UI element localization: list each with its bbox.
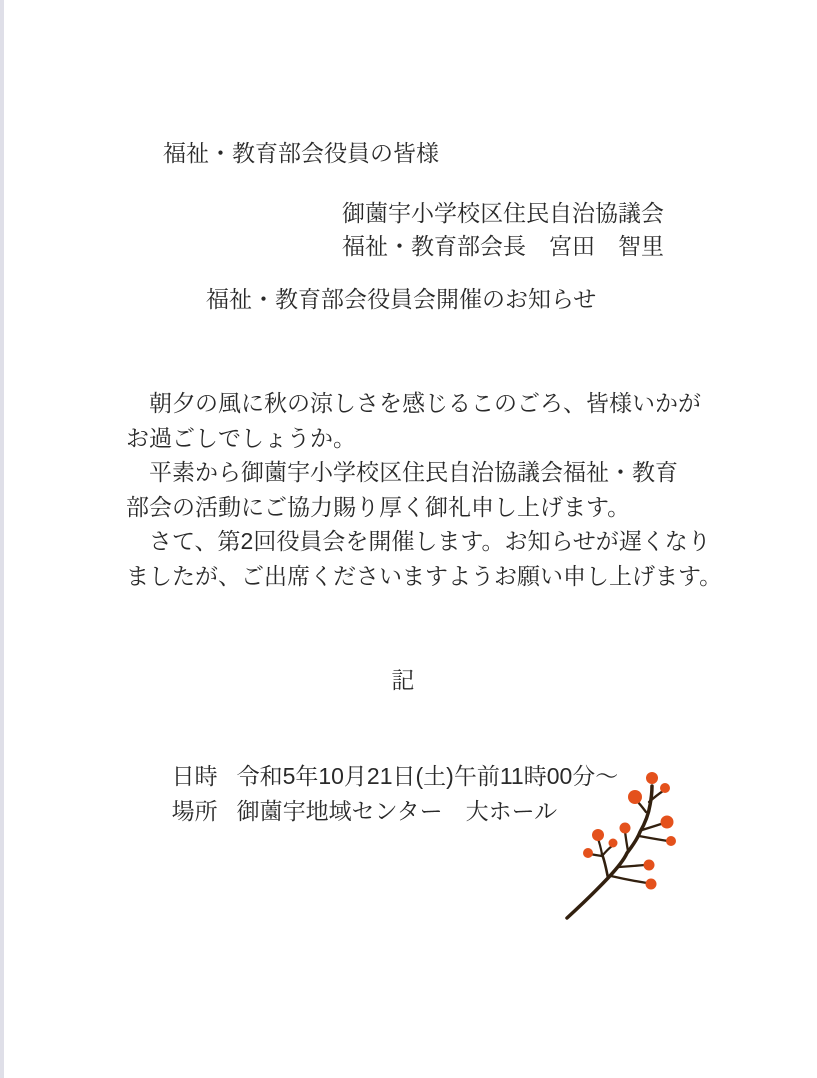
sender-signer: 福祉・教育部会長 宮田 智里 [342, 228, 664, 261]
place-label: 場所 [172, 798, 218, 824]
berry [620, 823, 631, 834]
berry-branch-illustration [553, 750, 703, 935]
branch-twig [619, 865, 645, 867]
berry [666, 836, 676, 846]
berry [592, 829, 604, 841]
berry [646, 772, 658, 784]
body-line: 朝夕の風に秋の涼しさを感じるこのごろ、皆様いかが [126, 386, 726, 421]
branch-twig [602, 854, 608, 878]
branch-twig [598, 839, 602, 854]
branch-main-stem [567, 786, 652, 918]
berry [646, 879, 657, 890]
body-line: 平素から御薗宇小学校区住民自治協議会福祉・教育 [126, 455, 726, 490]
branch-twig [602, 846, 612, 856]
place-value: 御薗宇地域センター 大ホール [237, 798, 558, 824]
addressee-line: 福祉・教育部会役員の皆様 [163, 135, 439, 168]
berry [628, 790, 642, 804]
branch-twig [625, 831, 628, 851]
record-marker: 記 [126, 662, 680, 695]
letter-subject-title: 福祉・教育部会役員会開催のお知らせ [206, 281, 596, 314]
screen-left-edge [0, 0, 4, 1078]
letter-document: 福祉・教育部会役員の皆様 御薗宇小学校区住民自治協議会 福祉・教育部会長 宮田 … [0, 0, 817, 1078]
branch-twig [611, 876, 647, 883]
berry [661, 816, 674, 829]
berry [583, 848, 593, 858]
detail-place: 場所御薗宇地域センター 大ホール [146, 766, 557, 853]
body-line: お過ごしでしょうか。 [126, 421, 726, 456]
body-line: ましたが、ご出席くださいますようお願い申し上げます。 [126, 559, 726, 594]
branch-twig [639, 836, 668, 841]
berry [644, 860, 655, 871]
sender-organization: 御薗宇小学校区住民自治協議会 [342, 195, 664, 228]
berry-branch-svg [553, 750, 703, 935]
body-line: 部会の活動にご協力賜り厚く御礼申し上げます。 [126, 490, 726, 525]
body-line: さて、第2回役員会を開催します。お知らせが遅くなり [126, 524, 726, 559]
letter-body: 朝夕の風に秋の涼しさを感じるこのごろ、皆様いかが お過ごしでしょうか。 平素から… [126, 386, 726, 593]
berry [660, 783, 670, 793]
berry [609, 839, 618, 848]
